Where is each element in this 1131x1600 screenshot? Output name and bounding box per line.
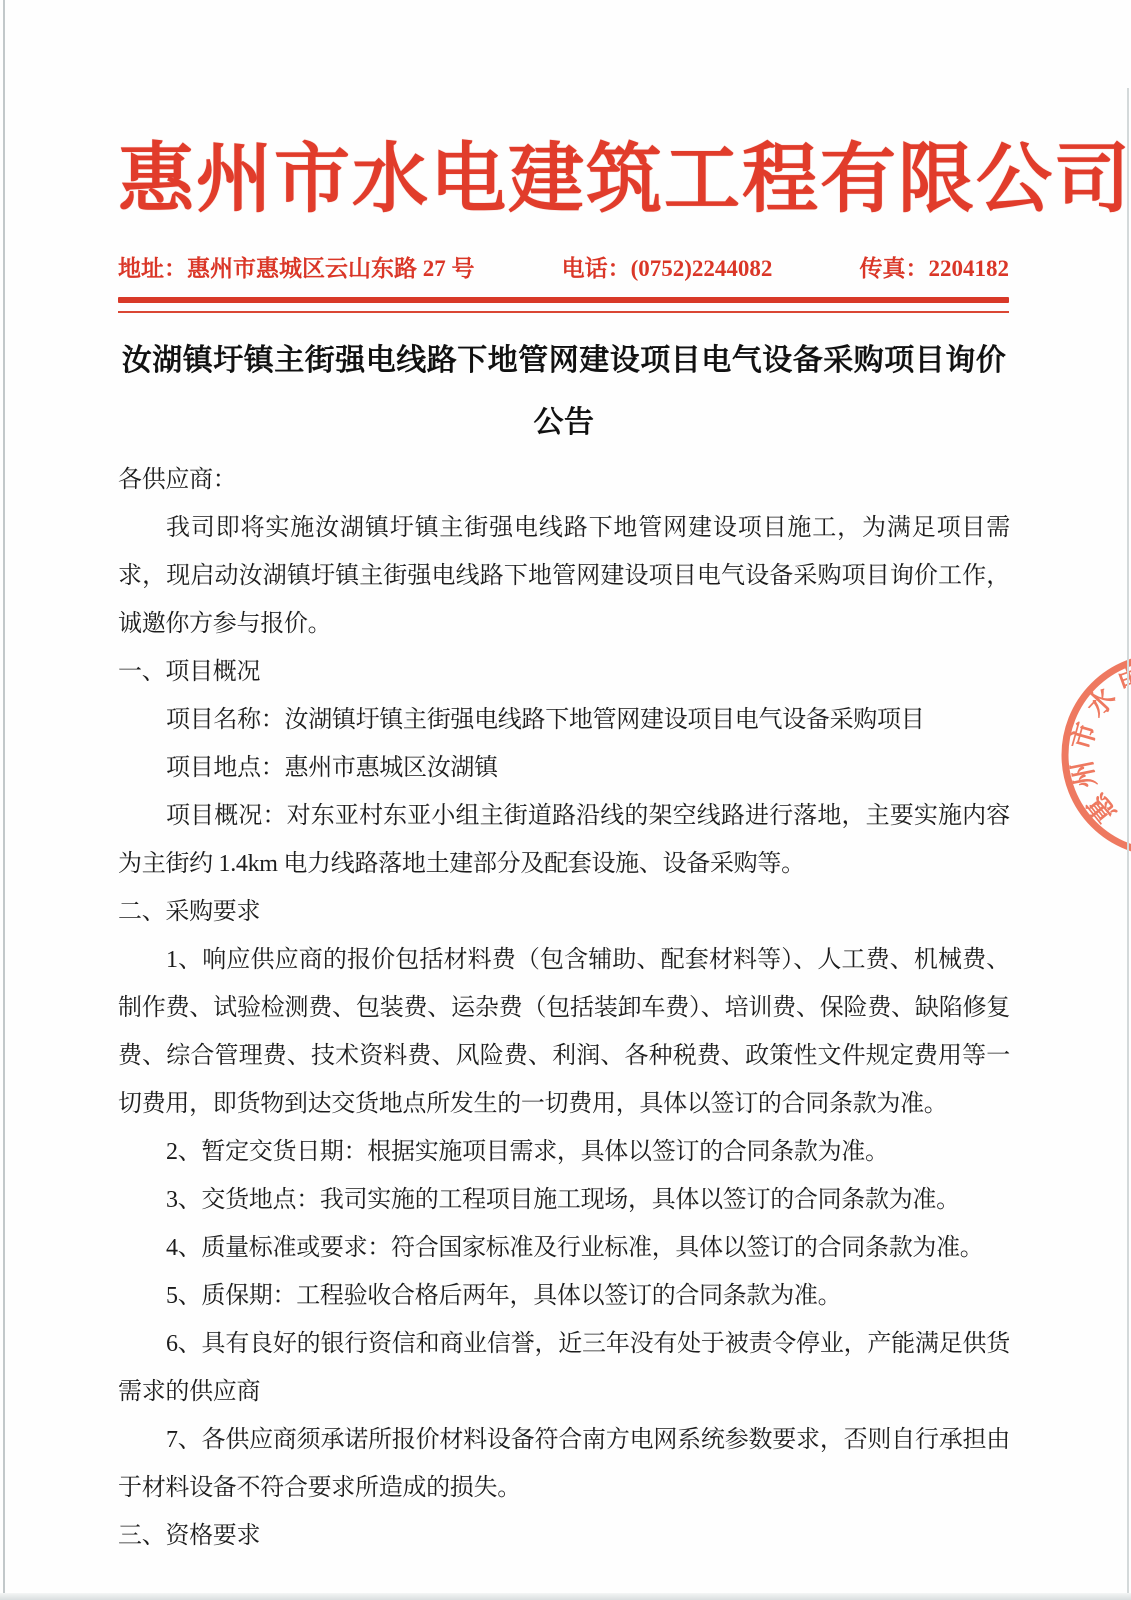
document-body: 各供应商： 我司即将实施汝湖镇圩镇主街强电线路下地管网建设项目施工，为满足项目需…: [118, 456, 1010, 1560]
section-heading-1: 一、项目概况: [118, 648, 1010, 696]
letterhead-rule-thick: [118, 297, 1009, 303]
scan-edge-bottom: [0, 1593, 1131, 1600]
body-paragraph: 5、质保期：工程验收合格后两年，具体以签订的合同条款为准。: [118, 1272, 1010, 1320]
letterhead-contact-row: 地址：惠州市惠城区云山东路 27 号 电话：(0752)2244082 传真：2…: [118, 254, 1009, 284]
section-heading-3: 三、资格要求: [118, 1512, 1010, 1560]
company-address: 地址：惠州市惠城区云山东路 27 号: [118, 254, 475, 284]
section-heading-2: 二、采购要求: [118, 888, 1010, 936]
company-phone: 电话：(0752)2244082: [562, 254, 773, 284]
letterhead-rule-thin: [118, 311, 1009, 313]
body-paragraph: 项目名称：汝湖镇圩镇主街强电线路下地管网建设项目电气设备采购项目: [118, 696, 1010, 744]
document-title-line1: 汝湖镇圩镇主街强电线路下地管网建设项目电气设备采购项目询价: [118, 330, 1010, 392]
document-title-line2: 公告: [118, 392, 1010, 454]
body-paragraph: 我司即将实施汝湖镇圩镇主街强电线路下地管网建设项目施工，为满足项目需求，现启动汝…: [118, 504, 1010, 648]
letterhead: 惠州市水电建筑工程有限公司 地址：惠州市惠城区云山东路 27 号 电话：(075…: [0, 132, 1131, 313]
document-page: 惠州市水电建筑工程有限公司 地址：惠州市惠城区云山东路 27 号 电话：(075…: [0, 0, 1131, 1600]
document-title: 汝湖镇圩镇主街强电线路下地管网建设项目电气设备采购项目询价 公告: [118, 330, 1010, 454]
scan-edge-left: [3, 0, 5, 1600]
document-content: 汝湖镇圩镇主街强电线路下地管网建设项目电气设备采购项目询价 公告 各供应商： 我…: [0, 330, 1131, 1560]
body-paragraph: 7、各供应商须承诺所报价材料设备符合南方电网系统参数要求，否则自行承担由于材料设…: [118, 1416, 1010, 1512]
scan-edge-right: [1127, 88, 1129, 1600]
company-fax: 传真：2204182: [859, 254, 1009, 284]
salutation: 各供应商：: [118, 456, 1010, 504]
body-paragraph: 3、交货地点：我司实施的工程项目施工现场，具体以签订的合同条款为准。: [118, 1176, 1010, 1224]
company-name: 惠州市水电建筑工程有限公司: [118, 132, 1009, 228]
body-paragraph: 项目概况：对东亚村东亚小组主街道路沿线的架空线路进行落地，主要实施内容为主街约 …: [118, 792, 1010, 888]
body-paragraph: 6、具有良好的银行资信和商业信誉，近三年没有处于被责令停业，产能满足供货需求的供…: [118, 1320, 1010, 1416]
body-paragraph: 项目地点：惠州市惠城区汝湖镇: [118, 744, 1010, 792]
body-paragraph: 4、质量标准或要求：符合国家标准及行业标准，具体以签订的合同条款为准。: [118, 1224, 1010, 1272]
body-paragraph: 2、暂定交货日期：根据实施项目需求，具体以签订的合同条款为准。: [118, 1128, 1010, 1176]
body-paragraph: 1、响应供应商的报价包括材料费（包含辅助、配套材料等）、人工费、机械费、制作费、…: [118, 936, 1010, 1128]
